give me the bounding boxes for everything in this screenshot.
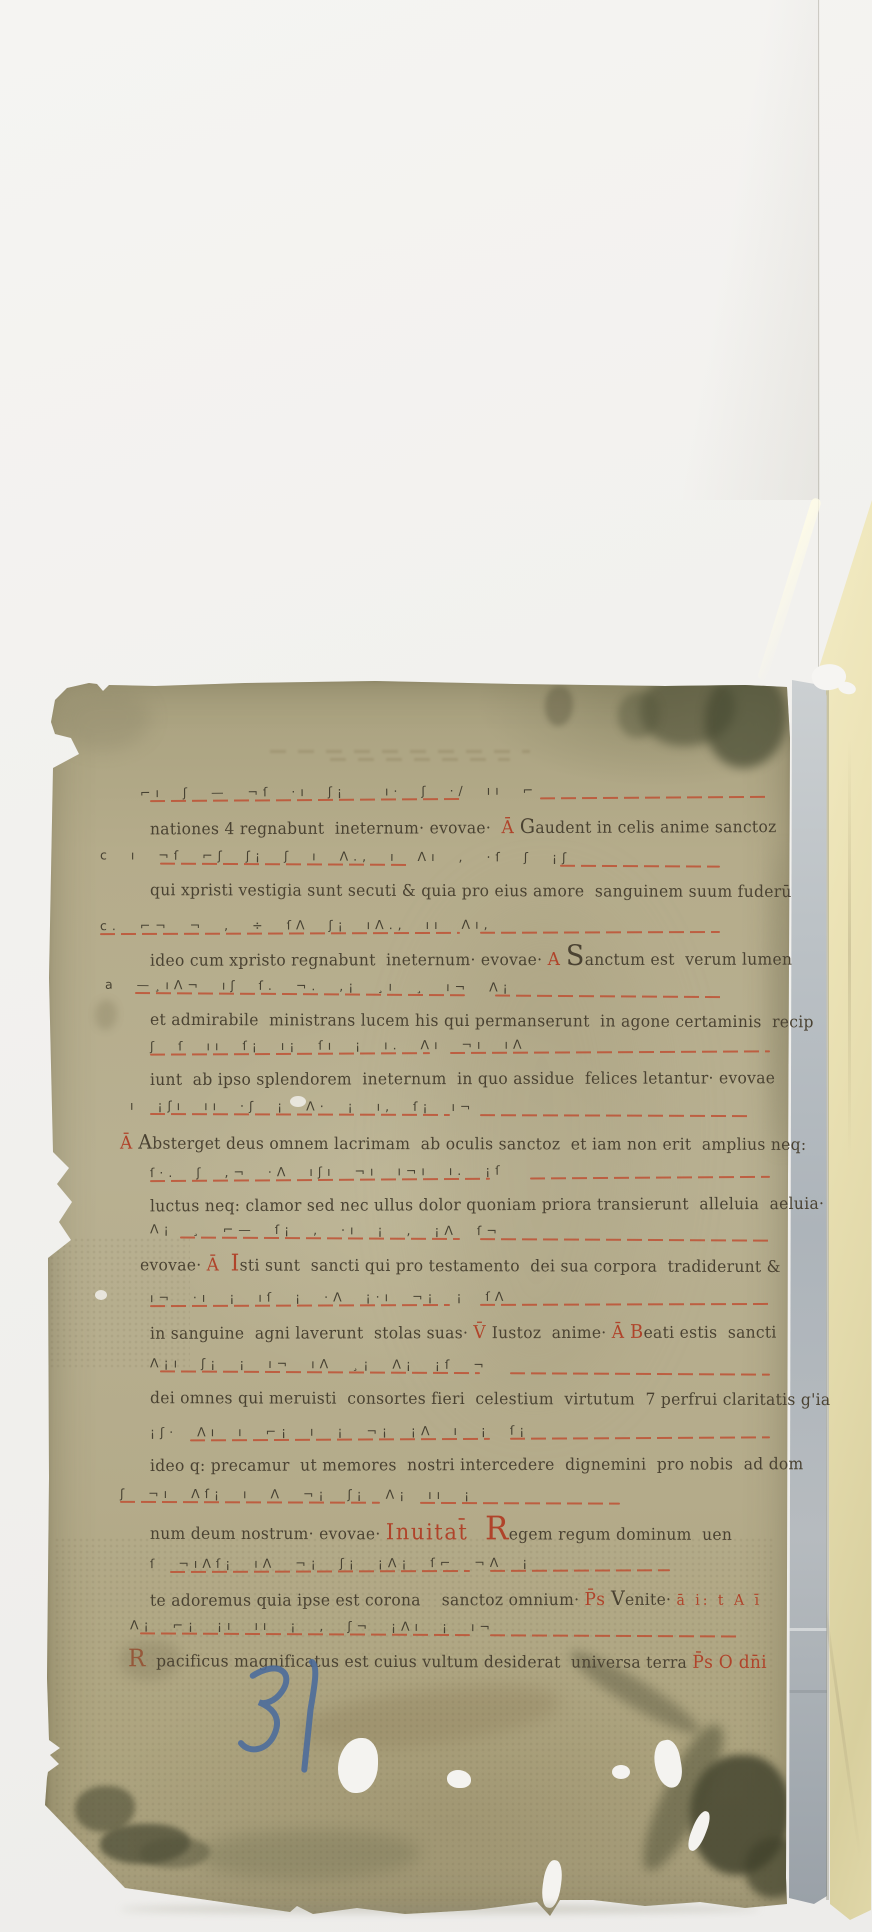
neume-row: ſ·. ʃ ,¬ ·Λ ıʃı ¬ı ı¬ı ı. ¡ſ (150, 1160, 770, 1194)
neume-row: ʃ ¬ı Λſ¡ ı Λ ¬¡ ʃ¡ Λ¡ ıı ¡ (120, 1485, 760, 1517)
erased-text-ghost (330, 758, 510, 761)
neume-row: ſ ¬ıΛſ¡ ıΛ ¬¡ ʃ¡ ¡Λ¡ ſ⌐ ¬Λ ¡ (150, 1553, 770, 1585)
neume-row: ı¬ ·ı ¡ ıſ ¡ ·Λ ¡·ı ¬¡ ¡ ſΛ (150, 1287, 770, 1319)
text-segment: audent in celis anime sanctoz (535, 817, 776, 837)
text-segment: qui xpristi vestigia sunt secuti & quia … (150, 881, 792, 902)
cloth-crease (848, 740, 851, 1160)
text-segment: V (611, 1587, 625, 1610)
text-segment: B (630, 1321, 644, 1343)
text-segment: pacificus magnificatus est cuius vultum … (146, 1652, 693, 1672)
text-line: evovae· Ā Isti sunt sancti qui pro testa… (140, 1255, 781, 1282)
cloth-edge-highlight (757, 497, 822, 682)
text-line: ideo q: precamur ut memores nostri inter… (150, 1455, 804, 1482)
text-segment: in sanguine agni laverunt stolas suas· (150, 1323, 473, 1342)
blue-ink-graffito (224, 1652, 342, 1779)
faint-stain (60, 690, 150, 750)
parchment-fleck (95, 1290, 107, 1300)
text-segment: R (128, 1645, 146, 1672)
text-segment: egem regum dominum uen (509, 1525, 732, 1544)
text-segment: P̄s (584, 1589, 611, 1610)
neume-row: ⌐ı ʃ — ¬ſ ·ı ʃ¡ ı· ʃ ·/ ıı ⌐ (140, 780, 780, 814)
parchment-bottom-shadow (120, 1905, 760, 1913)
neume-row: a —¸ıΛ¬ ıʃ ſ. ¬. ,¡ ¸ı ¸ ı¬ Λ¡ (105, 976, 745, 1010)
parchment-hole (612, 1765, 630, 1779)
text-segment: S (566, 940, 585, 973)
text-line: te adoremus quia ipse est corona sanctoz… (150, 1587, 762, 1613)
text-segment: dei omnes qui meruisti consortes fieri c… (150, 1388, 830, 1409)
background-shading (560, 0, 820, 500)
neume-row: Λ¡ı ʃ¡ ¡ ı¬ ıΛ ¸¡ Λ¡ ¡ſ ¬ (150, 1354, 770, 1387)
text-segment: R (485, 1510, 509, 1548)
tape-seam (786, 1690, 828, 1693)
text-segment: et admirabile ministrans lucem his qui p… (150, 1010, 814, 1031)
text-line: num deum nostrum· evovae· Inuitat̄ Regem… (150, 1519, 732, 1545)
text-segment: A (548, 949, 566, 970)
text-line: Ā Absterget deus omnem lacrimam ab oculi… (120, 1131, 806, 1157)
text-segment: ideo cum xpristo regnabunt ineternum· ev… (150, 950, 548, 970)
neume-row: Λ¡ ¸ ⌐— ſ¡ , ·ı ¡ , ¡Λ ſ¬ (150, 1220, 770, 1253)
tape-cloth-shadow (826, 690, 829, 1900)
text-segment: num deum nostrum· evovae· (150, 1524, 386, 1543)
neume-row: ı ¡ʃı ıı ·ʃ ¡ Λ· ¡ ı, ſ¡ ı¬ (130, 1097, 750, 1129)
tape-seam (786, 1628, 828, 1631)
neume-glyphs: ı ¡ʃı ıı ·ʃ ¡ Λ· ¡ ı, ſ¡ ı¬ (130, 1098, 750, 1115)
text-segment: A (138, 1131, 152, 1154)
text-segment: nationes 4 regnabunt ineternum· evovae· (150, 818, 502, 838)
text-segment: ideo q: precamur ut memores nostri inter… (150, 1455, 804, 1476)
text-line: nationes 4 regnabunt ineternum· evovae· … (150, 814, 777, 841)
text-segment: G (520, 815, 536, 838)
text-segment: Ā (501, 817, 519, 838)
text-segment: iunt ab ipso splendorem ineternum in quo… (150, 1069, 775, 1090)
erased-text-ghost (270, 750, 530, 753)
neume-row: Λ¡ ⌐¡ ¡ı ıı ¡ , ʃ¬ ¡Λı ¡ ı¬ (130, 1616, 760, 1649)
text-line: R pacificus magnificatus est cuius vultu… (128, 1651, 767, 1678)
text-line: ideo cum xpristo regnabunt ineternum· ev… (150, 949, 792, 975)
text-line: et admirabile ministrans lucem his qui p… (150, 1010, 814, 1038)
backing-sheet-edge-line (818, 0, 819, 674)
text-line: dei omnes qui meruisti consortes fieri c… (150, 1388, 830, 1415)
neume-glyphs: ſ ¬ıΛſ¡ ıΛ ¬¡ ʃ¡ ¡Λ¡ ſ⌐ ¬Λ ¡ (150, 1554, 770, 1571)
neume-row: c. ⌐¬ ¬ , ÷ ſΛ ʃ¡ ıΛ., ıı Λı, (100, 915, 740, 947)
text-line: qui xpristi vestigia sunt secuti & quia … (150, 881, 792, 908)
text-segment: Iustoz anime· (492, 1323, 612, 1342)
text-segment: Ā (207, 1255, 231, 1276)
text-segment: bsterget deus omnem lacrimam ab oculis s… (152, 1134, 806, 1154)
text-segment: Ā (612, 1322, 630, 1343)
neume-row: ¡ʃ· Λı ı ⌐¡ ı ¡ ¬¡ ¡Λ ı ¡ ſ¡ (150, 1420, 770, 1453)
text-segment: V̄ (473, 1322, 491, 1343)
text-segment: ā i: t A ī (676, 1592, 762, 1609)
text-segment: luctus neq: clamor sed nec ullus dolor q… (150, 1194, 824, 1215)
text-line: luctus neq: clamor sed nec ullus dolor q… (150, 1194, 824, 1222)
text-segment: Ā (120, 1133, 138, 1154)
photo-of-manuscript-leaf: ⌐ı ʃ — ¬ſ ·ı ʃ¡ ı· ʃ ·/ ıı ⌐nationes 4 r… (0, 0, 872, 1932)
text-line: in sanguine agni laverunt stolas suas· V… (150, 1321, 777, 1347)
neume-glyphs: c. ⌐¬ ¬ , ÷ ſΛ ʃ¡ ıΛ., ıı Λı, (100, 916, 740, 933)
grey-tape-band (786, 678, 828, 1904)
neume-glyphs: ʃ ¬ı Λſ¡ ı Λ ¬¡ ʃ¡ Λ¡ ıı ¡ (120, 1486, 760, 1503)
text-segment: enite· (625, 1590, 677, 1609)
text-line: iunt ab ipso splendorem ineternum in quo… (150, 1069, 775, 1096)
text-segment: evovae· (140, 1256, 207, 1275)
neume-glyphs: ı¬ ·ı ¡ ıſ ¡ ·Λ ¡·ı ¬¡ ¡ ſΛ (150, 1288, 770, 1305)
text-segment: I (231, 1251, 240, 1277)
text-segment: sti sunt sancti qui pro testamento dei s… (240, 1256, 781, 1276)
text-segment: Inuitat̄ (386, 1519, 485, 1544)
text-segment: te adoremus quia ipse est corona sanctoz… (150, 1590, 585, 1610)
text-segment: anctum est verum lumen (585, 950, 793, 969)
ink-stain (705, 672, 787, 768)
parchment-hole (447, 1770, 471, 1788)
neume-row: c ı ¬ſ ⌐ʃ ʃ¡ ʃ ı Λ., ı Λı , ·ſ ʃ ¡ʃ (100, 846, 740, 879)
text-segment: P̄s O dn̄i (692, 1652, 767, 1673)
text-segment: eati estis sancti (644, 1323, 777, 1342)
ink-stain (545, 686, 573, 726)
neume-row: ʃ ſ ıı ſ¡ ı¡ ſı ¡ ı. Λı ¬ı ıΛ (150, 1034, 770, 1067)
